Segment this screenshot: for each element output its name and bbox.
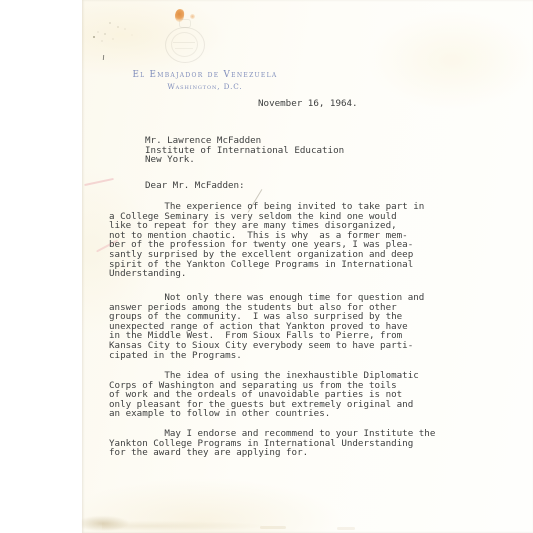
salutation: Dear Mr. McFadden: — [145, 181, 245, 191]
pencil-emblem-sketch — [165, 18, 205, 64]
emblem-line — [173, 42, 195, 43]
scanned-letter: El Embajador de Venezuela Washington, D.… — [0, 0, 533, 533]
pen-tick-mark — [103, 55, 104, 60]
body-paragraph-4: May I endorse and recommend to your Inst… — [109, 429, 449, 458]
emblem-line — [175, 48, 193, 49]
orange-ink-dot — [190, 14, 195, 19]
recipient-address: Mr. Lawrence McFadden Institute of Inter… — [145, 136, 344, 165]
bottom-smudge — [82, 516, 128, 531]
letter-paper: El Embajador de Venezuela Washington, D.… — [82, 0, 533, 533]
bottom-shadow-band — [102, 521, 262, 531]
bottom-faint-mark — [337, 527, 355, 530]
orange-ink-stain — [174, 8, 185, 22]
letterhead: El Embajador de Venezuela Washington, D.… — [112, 70, 298, 91]
paper-speckles — [93, 36, 95, 38]
emblem-inner-ellipse — [171, 32, 198, 57]
letterhead-title: El Embajador de Venezuela — [112, 70, 298, 80]
body-paragraph-3: The idea of using the inexhaustible Dipl… — [109, 371, 449, 419]
emblem-crown-shape — [179, 19, 191, 28]
date-line: November 16, 1964. — [258, 99, 358, 109]
body-paragraph-2: Not only there was enough time for quest… — [109, 293, 449, 360]
pink-streak — [84, 178, 114, 186]
body-paragraph-1: The experience of being invited to take … — [109, 202, 449, 279]
emblem-outer-ellipse — [165, 27, 205, 63]
bottom-faint-mark — [260, 526, 286, 529]
letterhead-city: Washington, D.C. — [112, 83, 298, 91]
